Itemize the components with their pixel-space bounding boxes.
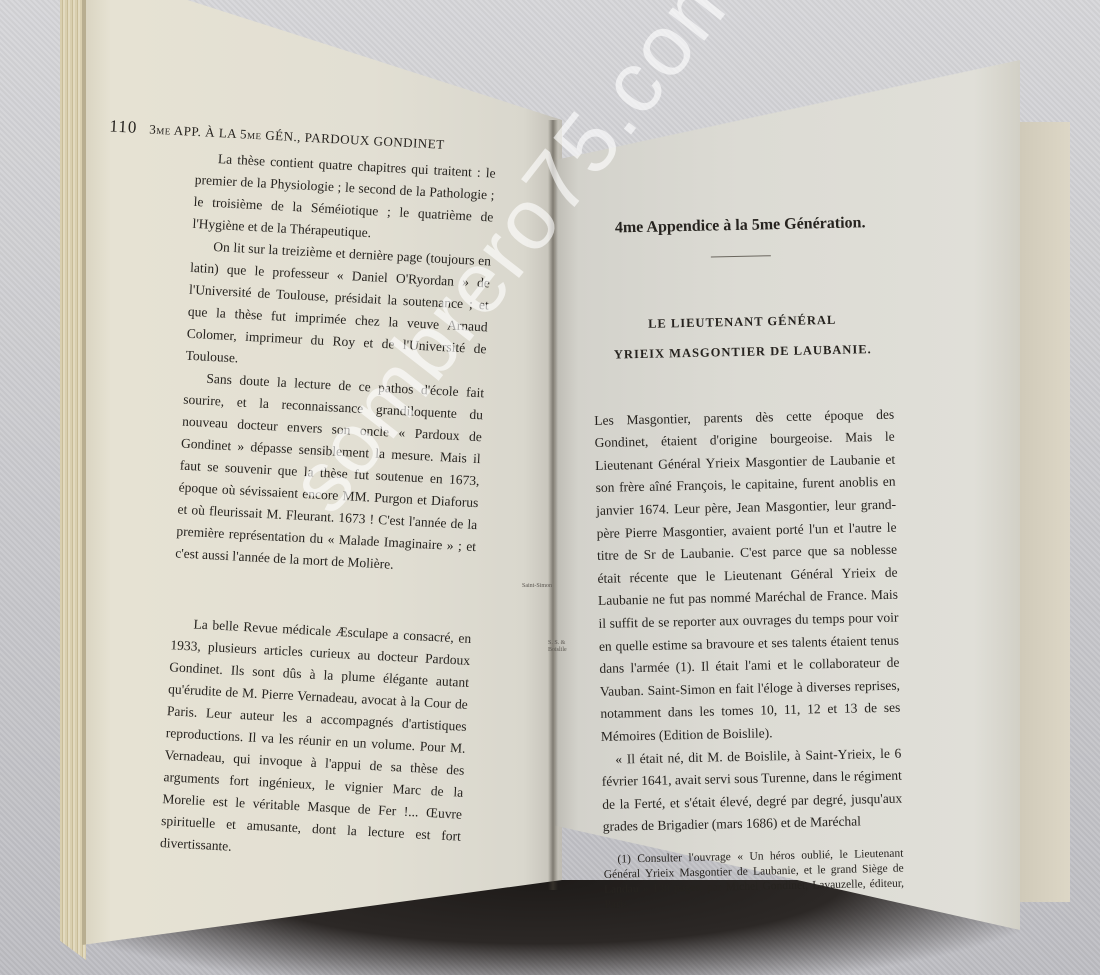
paragraph: Les Masgontier, parents dès cette époque… [594,403,901,748]
section-title-line: YRIEIX MASGONTIER DE LAUBANIE. [593,333,894,369]
paragraph: « Il était né, dit M. de Boislile, à Sai… [601,742,903,839]
appendix-title: 4me Appendice à la 5me Génération. [590,212,890,241]
section-title: LE LIEUTENANT GÉNÉRAL YRIEIX MASGONTIER … [592,303,893,369]
right-page-text: 4me Appendice à la 5me Génération. LE LI… [590,212,904,913]
margin-note: S. S. & Boislile [548,640,578,654]
paragraph: La belle Revue médicale Æsculape a consa… [160,612,472,869]
right-page-stack [1016,122,1070,902]
photo-scene: 110 3me APP. À LA 5me GÉN., PARDOUX GOND… [0,0,1100,975]
paragraph: La thèse contient quatre chapitres qui t… [192,147,496,251]
title-rule [711,255,771,257]
page-number: 110 [109,115,138,138]
margin-note: Saint-Simon [522,583,552,590]
footnote: (1) Consulter l'ouvrage « Un héros oubli… [603,846,904,912]
